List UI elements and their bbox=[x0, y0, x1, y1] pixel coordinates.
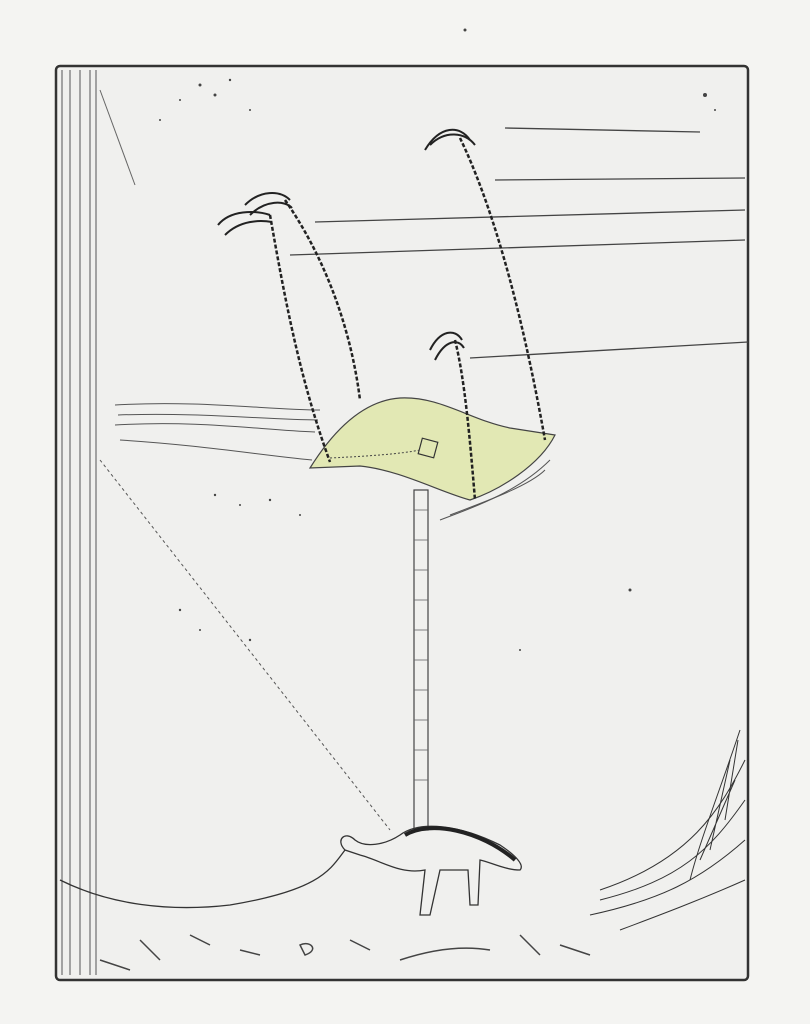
plate-area bbox=[56, 66, 748, 980]
etching-artwork bbox=[0, 0, 810, 1024]
